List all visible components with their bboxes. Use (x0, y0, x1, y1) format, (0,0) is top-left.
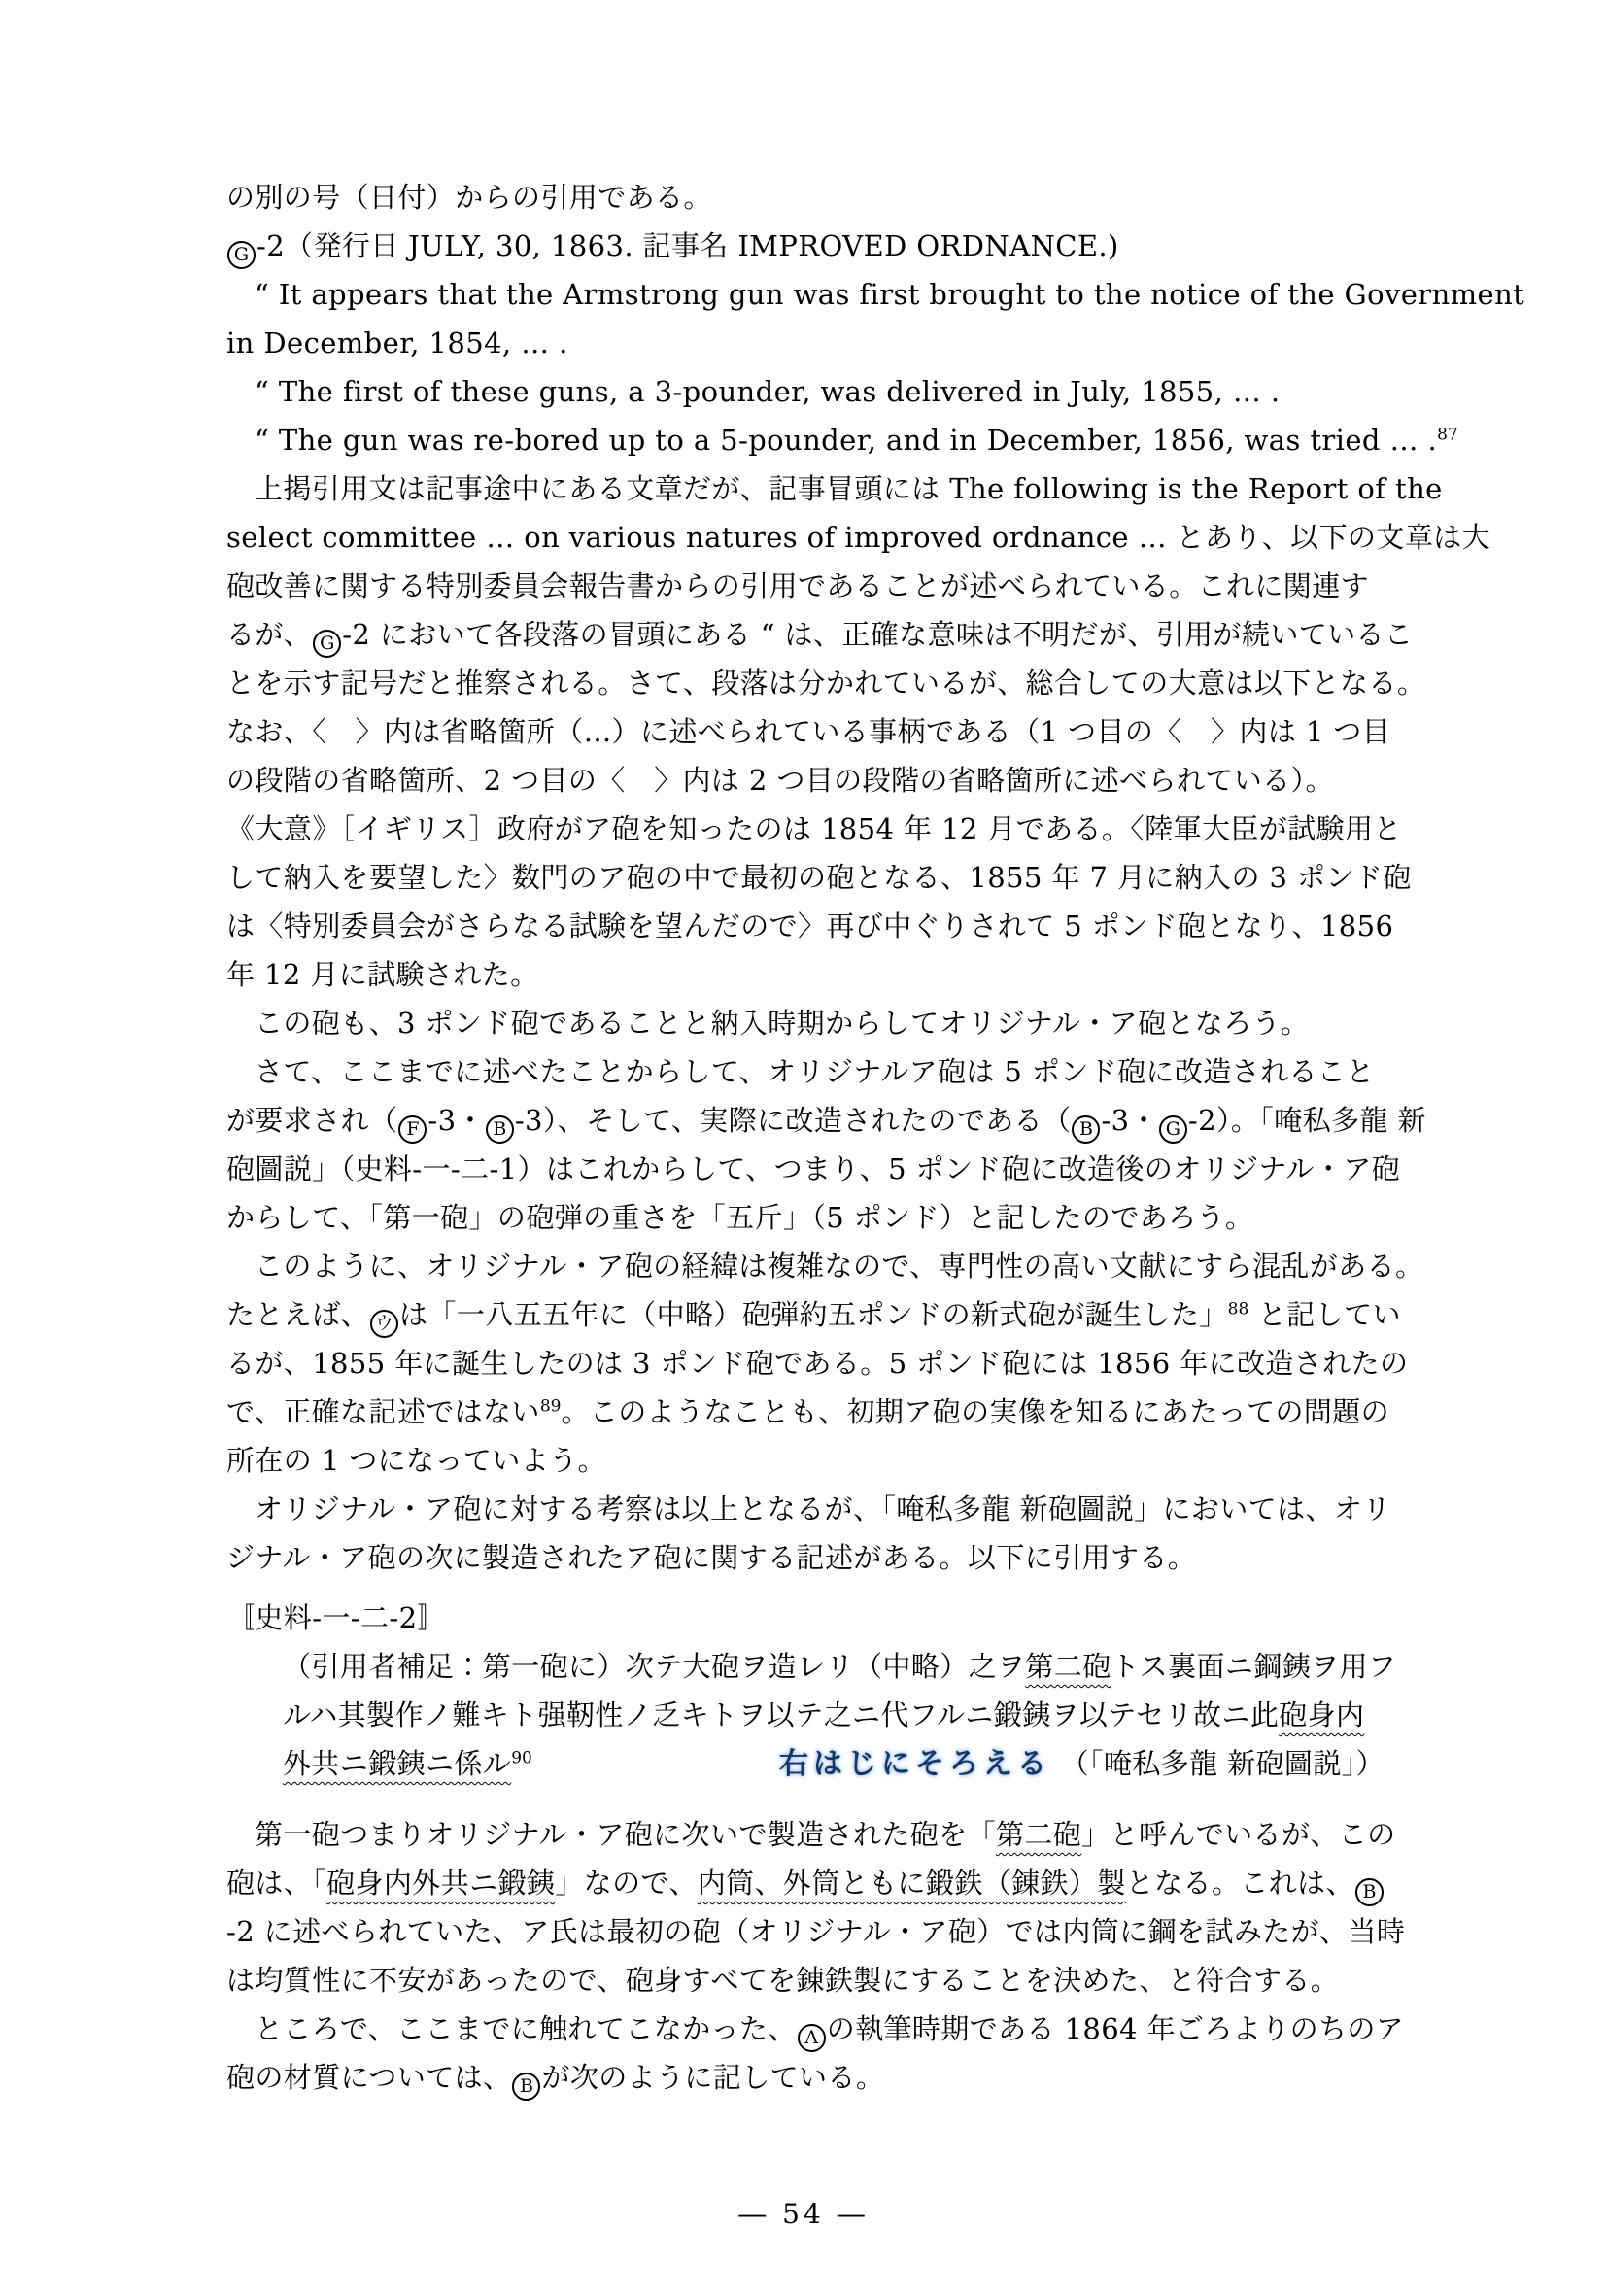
page-number: ― 54 ― (738, 2198, 868, 2230)
text-run: は「一八五五年に（中略）砲弾約五ポンドの新式砲が誕生した」 (399, 1298, 1228, 1331)
page-body: の別の号（日付）からの引用である。G-2（発行日 JULY, 30, 1863.… (226, 173, 1385, 2102)
text-line: さて、ここまでに述べたことからして、オリジナルア砲は 5 ポンド砲に改造されるこ… (226, 1047, 1385, 1096)
text-run: 砲圖説」（史料-一-二-1）はこれからして、つまり、5 ポンド砲に改造後のオリジ… (226, 1152, 1400, 1185)
text-run: の執筆時期である 1864 年ごろよりのちのア (827, 2012, 1404, 2045)
text-run: 〚史料-一-二-2〛 (226, 1601, 446, 1634)
wavy-underlined-text: 内筒、外筒ともに鍛鉄（錬鉄）製 (698, 1867, 1126, 1900)
text-run: なお、〈 〉内は省略箇所（...）に述べられている事柄である（1 つ目の〈 〉内… (226, 715, 1390, 748)
text-line: からして、「第一砲」の砲弾の重さを「五斤」（5 ポンド）と記したのであろう。 (226, 1193, 1385, 1242)
text-run: 砲の材質については、 (226, 2061, 511, 2094)
text-run: この砲も、3 ポンド砲であることと納入時期からしてオリジナル・ア砲となろう。 (255, 1007, 1309, 1040)
text-run: るが、 (226, 618, 312, 651)
circled-ウ-marker: ウ (370, 1310, 398, 1338)
text-run: で、正確な記述ではない (226, 1395, 540, 1428)
blue-editor-note: 右はじにそろえる (779, 1747, 1051, 1781)
text-run: 所在の 1 つになっていよう。 (226, 1444, 606, 1477)
text-line: 上掲引用文は記事途中にある文章だが、記事冒頭には The following i… (226, 464, 1385, 513)
text-run: -2（発行日 JULY, 30, 1863. 記事名 IMPROVED ORDN… (256, 229, 1119, 262)
circled-B-marker: B (1355, 1878, 1384, 1906)
circled-G-marker: G (227, 241, 256, 269)
footnote-ref: 90 (511, 1748, 532, 1767)
text-line: るが、1855 年に誕生したのは 3 ポンド砲である。5 ポンド砲には 1856… (226, 1339, 1385, 1388)
text-run: 《大意》［イギリス］政府がア砲を知ったのは 1854 年 12 月である。〈陸軍… (226, 812, 1402, 845)
footnote-ref: 87 (1437, 425, 1458, 444)
text-line: -2 に述べられていた、ア氏は最初の砲（オリジナル・ア砲）では内筒に鋼を試みたが… (226, 1907, 1385, 1956)
text-run: 上掲引用文は記事途中にある文章だが、記事冒頭には The following i… (255, 472, 1443, 505)
text-run: 砲は、「 (226, 1867, 326, 1900)
text-line: この砲も、3 ポンド砲であることと納入時期からしてオリジナル・ア砲となろう。 (226, 999, 1385, 1047)
text-line: ところで、ここまでに触れてこなかった、Aの執筆時期である 1864 年ごろよりの… (226, 2005, 1385, 2053)
text-run: -2 に述べられていた、ア氏は最初の砲（オリジナル・ア砲）では内筒に鋼を試みたが… (226, 1915, 1405, 1948)
text-run: と記してい (1248, 1298, 1401, 1331)
text-run: ジナル・ア砲の次に製造されたア砲に関する記述がある。以下に引用する。 (226, 1541, 1196, 1574)
text-run: ルハ其製作ノ難キト强靭性ノ乏キトヲ以テ之ニ代フルニ鍛銕ヲ以テセリ故ニ此 (283, 1698, 1279, 1731)
text-run: -2 において各段落の冒頭にある “ は、正確な意味は不明だが、引用が続いている… (342, 618, 1413, 651)
text-line: select committee … on various natures of… (226, 513, 1385, 562)
circled-A-marker: A (798, 2024, 826, 2052)
text-line: 年 12 月に試験された。 (226, 950, 1385, 999)
wavy-underlined-text: 第二砲 (996, 1818, 1081, 1851)
text-line: G-2（発行日 JULY, 30, 1863. 記事名 IMPROVED ORD… (226, 222, 1385, 270)
text-run: “ It appears that the Armstrong gun was … (255, 278, 1524, 311)
text-run: 砲改善に関する特別委員会報告書からの引用であることが述べられている。これに関連す (226, 569, 1369, 602)
text-line: ルハ其製作ノ難キト强靭性ノ乏キトヲ以テ之ニ代フルニ鍛銕ヲ以テセリ故ニ此砲身内 (226, 1691, 1385, 1739)
text-line: in December, 1854, … . (226, 319, 1385, 367)
text-run: select committee … on various natures of… (226, 521, 1490, 554)
text-run: このように、オリジナル・ア砲の経緯は複雑なので、専門性の高い文献にすら混乱がある… (255, 1250, 1423, 1283)
text-line: たとえば、ウは「一八五五年に（中略）砲弾約五ポンドの新式砲が誕生した」88 と記… (226, 1290, 1385, 1339)
text-run: たとえば、 (226, 1298, 369, 1331)
text-line: の別の号（日付）からの引用である。 (226, 173, 1385, 222)
text-run: るが、1855 年に誕生したのは 3 ポンド砲である。5 ポンド砲には 1856… (226, 1347, 1408, 1380)
page-footer: ― 54 ― (0, 2198, 1607, 2230)
text-run: は均質性に不安があったので、砲身すべてを錬鉄製にすることを決めた、と符合する。 (226, 1964, 1339, 1997)
text-line: は〈特別委員会がさらなる試験を望んだので〉再び中ぐりされて 5 ポンド砲となり、… (226, 902, 1385, 950)
text-line: （引用者補足：第一砲に）次テ大砲ヲ造レリ（中略）之ヲ第二砲トス裏面ニ鋼銕ヲ用フ (226, 1642, 1385, 1691)
text-run: の別の号（日付）からの引用である。 (226, 181, 712, 214)
text-run: 」と呼んでいるが、この (1081, 1818, 1395, 1851)
text-run: “ The first of these guns, a 3-pounder, … (255, 375, 1280, 408)
text-line: の段階の省略箇所、2 つ目の〈 〉内は 2 つ目の段階の省略箇所に述べられている… (226, 756, 1385, 805)
wavy-underlined-text: 砲身内 (1279, 1698, 1364, 1731)
text-line: 砲は、「砲身内外共ニ鍛銕」なので、内筒、外筒ともに鍛鉄（錬鉄）製となる。これは、… (226, 1859, 1385, 1907)
wavy-underlined-text: 第二砲 (1025, 1650, 1111, 1683)
text-run: となる。これは、 (1126, 1867, 1354, 1900)
text-run: ところで、ここまでに触れてこなかった、 (255, 2012, 797, 2045)
circled-F-marker: F (398, 1115, 427, 1144)
text-run: 年 12 月に試験された。 (226, 958, 539, 991)
document-page: の別の号（日付）からの引用である。G-2（発行日 JULY, 30, 1863.… (0, 0, 1607, 2296)
text-run: -3）、そして、実際に改造されたのである（ (515, 1104, 1072, 1137)
circled-B-marker: B (486, 1115, 514, 1144)
text-run: （引用者補足：第一砲に）次テ大砲ヲ造レリ（中略）之ヲ (283, 1650, 1025, 1683)
text-run: さて、ここまでに述べたことからして、オリジナルア砲は 5 ポンド砲に改造されるこ… (255, 1055, 1375, 1088)
text-run: （「唵私多龍 新砲圖説」） (1051, 1747, 1385, 1780)
text-line: “ The gun was re-bored up to a 5-pounder… (226, 416, 1385, 464)
text-line: は均質性に不安があったので、砲身すべてを錬鉄製にすることを決めた、と符合する。 (226, 1956, 1385, 2005)
text-line: オリジナル・ア砲に対する考察は以上となるが、「唵私多龍 新砲圖説」においては、オ… (226, 1485, 1385, 1533)
text-line: 砲圖説」（史料-一-二-1）はこれからして、つまり、5 ポンド砲に改造後のオリジ… (226, 1145, 1385, 1193)
wavy-underlined-text: 外共ニ鍛銕ニ係ル (283, 1747, 511, 1780)
text-line: 第一砲つまりオリジナル・ア砲に次いで製造された砲を「第二砲」と呼んでいるが、この (226, 1810, 1385, 1859)
text-line: 所在の 1 つになっていよう。 (226, 1436, 1385, 1485)
text-run: は〈特別委員会がさらなる試験を望んだので〉再び中ぐりされて 5 ポンド砲となり、… (226, 909, 1393, 942)
text-line: 砲の材質については、Bが次のように記している。 (226, 2053, 1385, 2102)
text-run: in December, 1854, … . (226, 326, 568, 360)
quote-left-part: 外共ニ鍛銕ニ係ル90 (283, 1739, 532, 1789)
text-run: の段階の省略箇所、2 つ目の〈 〉内は 2 つ目の段階の省略箇所に述べられている… (226, 764, 1334, 797)
text-line: ジナル・ア砲の次に製造されたア砲に関する記述がある。以下に引用する。 (226, 1533, 1385, 1582)
text-line: “ The first of these guns, a 3-pounder, … (226, 367, 1385, 416)
circled-B-marker: B (512, 2073, 540, 2101)
circled-G-marker: G (313, 630, 341, 658)
text-line: して納入を要望した〉数門のア砲の中で最初の砲となる、1855 年 7 月に納入の… (226, 853, 1385, 902)
text-line: とを示す記号だと推察される。さて、段落は分かれているが、総合しての大意は以下とな… (226, 659, 1385, 707)
text-run: オリジナル・ア砲に対する考察は以上となるが、「唵私多龍 新砲圖説」においては、オ… (255, 1492, 1391, 1525)
text-line: “ It appears that the Armstrong gun was … (226, 270, 1385, 319)
text-line: 《大意》［イギリス］政府がア砲を知ったのは 1854 年 12 月である。〈陸軍… (226, 805, 1385, 853)
footnote-ref: 89 (540, 1396, 562, 1416)
text-line: なお、〈 〉内は省略箇所（...）に述べられている事柄である（1 つ目の〈 〉内… (226, 707, 1385, 756)
text-run: とを示す記号だと推察される。さて、段落は分かれているが、総合しての大意は以下とな… (226, 667, 1425, 700)
text-run: が要求され（ (226, 1104, 397, 1137)
text-run: -3・ (1101, 1104, 1157, 1137)
text-run: 」なので、 (555, 1867, 697, 1900)
circled-B-marker: B (1072, 1115, 1100, 1144)
text-line: 外共ニ鍛銕ニ係ル90右はじにそろえる （「唵私多龍 新砲圖説」） (226, 1739, 1385, 1789)
text-line: が要求され（F-3・B-3）、そして、実際に改造されたのである（B-3・G-2）… (226, 1096, 1385, 1145)
text-line: るが、G-2 において各段落の冒頭にある “ は、正確な意味は不明だが、引用が続… (226, 610, 1385, 659)
text-run: “ The gun was re-bored up to a 5-pounder… (255, 424, 1437, 457)
text-run: 第一砲つまりオリジナル・ア砲に次いで製造された砲を「 (255, 1818, 996, 1851)
text-run: が次のように記している。 (541, 2061, 884, 2094)
text-line: で、正確な記述ではない89。このようなことも、初期ア砲の実像を知るにあたっての問… (226, 1388, 1385, 1436)
circled-G-marker: G (1159, 1115, 1187, 1144)
footnote-ref: 88 (1228, 1299, 1249, 1319)
text-run: トス裏面ニ鋼銕ヲ用フ (1111, 1650, 1397, 1683)
text-run: 。このようなことも、初期ア砲の実像を知るにあたっての問題の (561, 1395, 1389, 1428)
text-run: -2）。「唵私多龍 新 (1188, 1104, 1426, 1137)
text-line: このように、オリジナル・ア砲の経緯は複雑なので、専門性の高い文献にすら混乱がある… (226, 1242, 1385, 1290)
text-run: して納入を要望した〉数門のア砲の中で最初の砲となる、1855 年 7 月に納入の… (226, 861, 1412, 894)
text-run: からして、「第一砲」の砲弾の重さを「五斤」（5 ポンド）と記したのであろう。 (226, 1201, 1253, 1234)
wavy-underlined-text: 砲身内外共ニ鍛銕 (326, 1867, 555, 1900)
text-run: -3・ (427, 1104, 484, 1137)
quote-right-part: 右はじにそろえる （「唵私多龍 新砲圖説」） (779, 1739, 1385, 1789)
text-line: 〚史料-一-二-2〛 (226, 1593, 1385, 1642)
text-line: 砲改善に関する特別委員会報告書からの引用であることが述べられている。これに関連す (226, 562, 1385, 610)
